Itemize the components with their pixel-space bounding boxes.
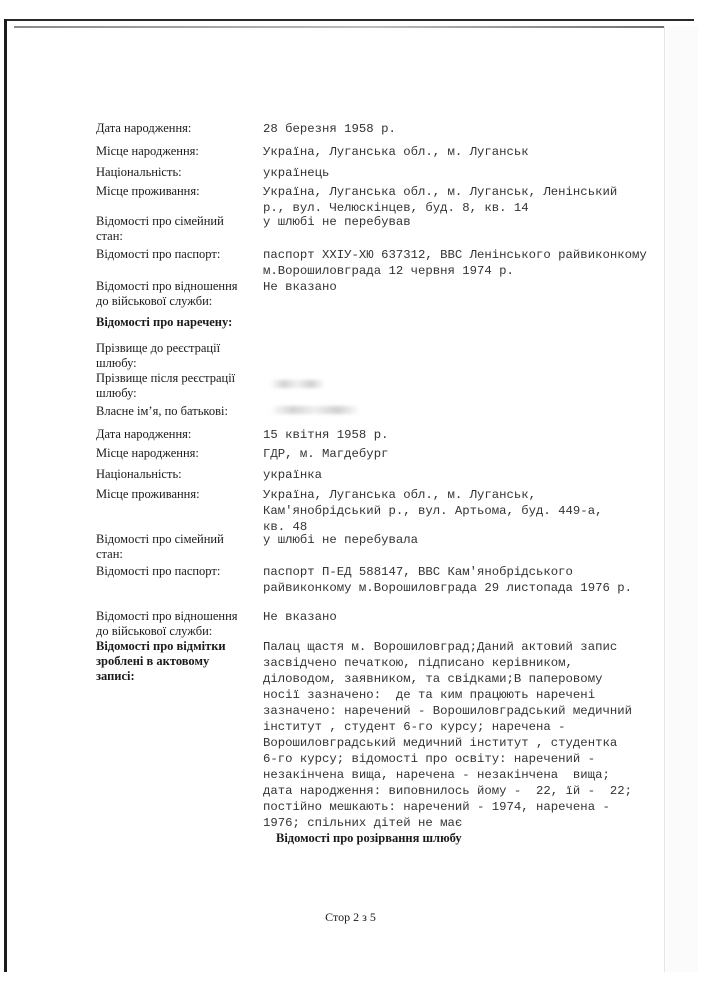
page-right-margin — [666, 26, 698, 972]
redacted-surname — [270, 380, 325, 388]
field-value: у шлюбі не перебувала — [263, 532, 643, 548]
field-label: Національність: — [96, 165, 256, 180]
field-value: ГДР, м. Магдебург — [263, 446, 643, 462]
field-value: 15 квітня 1958 р. — [263, 427, 643, 443]
page-right-border — [664, 26, 665, 972]
field-label: Відомості про відношення до військової с… — [96, 279, 246, 309]
field-label: Прізвище після реєстрації шлюбу: — [96, 371, 246, 401]
field-label: Відомості про паспорт: — [96, 247, 256, 262]
field-label: Місце проживання: — [96, 184, 256, 199]
field-label: Національність: — [96, 467, 256, 482]
field-value: Україна, Луганська обл., м. Луганськ, Ле… — [263, 184, 633, 216]
page-inner-rule — [14, 26, 664, 28]
field-label: Місце народження: — [96, 144, 256, 159]
field-label: Прізвище до реєстрації шлюбу: — [96, 341, 236, 371]
field-label: Відомості про паспорт: — [96, 564, 256, 579]
field-value: українець — [263, 165, 643, 181]
field-label: Дата народження: — [96, 121, 256, 136]
page-number: Стор 2 з 5 — [0, 910, 701, 925]
field-value: паспорт П-ЕД 588147, ВВС Кам'янобрідсько… — [263, 564, 633, 596]
page-top-border — [4, 19, 694, 21]
field-label: Місце проживання: — [96, 487, 256, 502]
field-value: Не вказано — [263, 279, 643, 295]
field-value: українка — [263, 467, 643, 483]
field-value: 28 березня 1958 р. — [263, 121, 643, 137]
field-label: Місце народження: — [96, 446, 256, 461]
field-label: Відомості про сімейний стан: — [96, 214, 236, 244]
field-label: Відомості про відмітки зроблені в актово… — [96, 639, 241, 684]
divorce-section-title: Відомості про розірвання шлюбу — [276, 831, 462, 846]
field-label: Відомості про сімейний стан: — [96, 532, 236, 562]
field-value: Україна, Луганська обл., м. Луганськ, Ка… — [263, 487, 623, 535]
field-label: Дата народження: — [96, 427, 256, 442]
page-left-border — [4, 19, 7, 972]
redacted-given-name — [270, 406, 360, 414]
bride-section-title: Відомості про наречену: — [96, 315, 232, 330]
field-value: Не вказано — [263, 609, 643, 625]
field-value: Україна, Луганська обл., м. Луганськ — [263, 144, 643, 160]
field-value: паспорт XXIУ-XЮ 637312, ВВС Ленінського … — [263, 247, 653, 279]
field-value: у шлюбі не перебував — [263, 214, 643, 230]
field-value: Палац щастя м. Ворошиловград;Даний актов… — [263, 639, 633, 831]
field-label: Відомості про відношення до військової с… — [96, 609, 246, 639]
field-label: Власне ім’я, по батькові: — [96, 404, 256, 419]
